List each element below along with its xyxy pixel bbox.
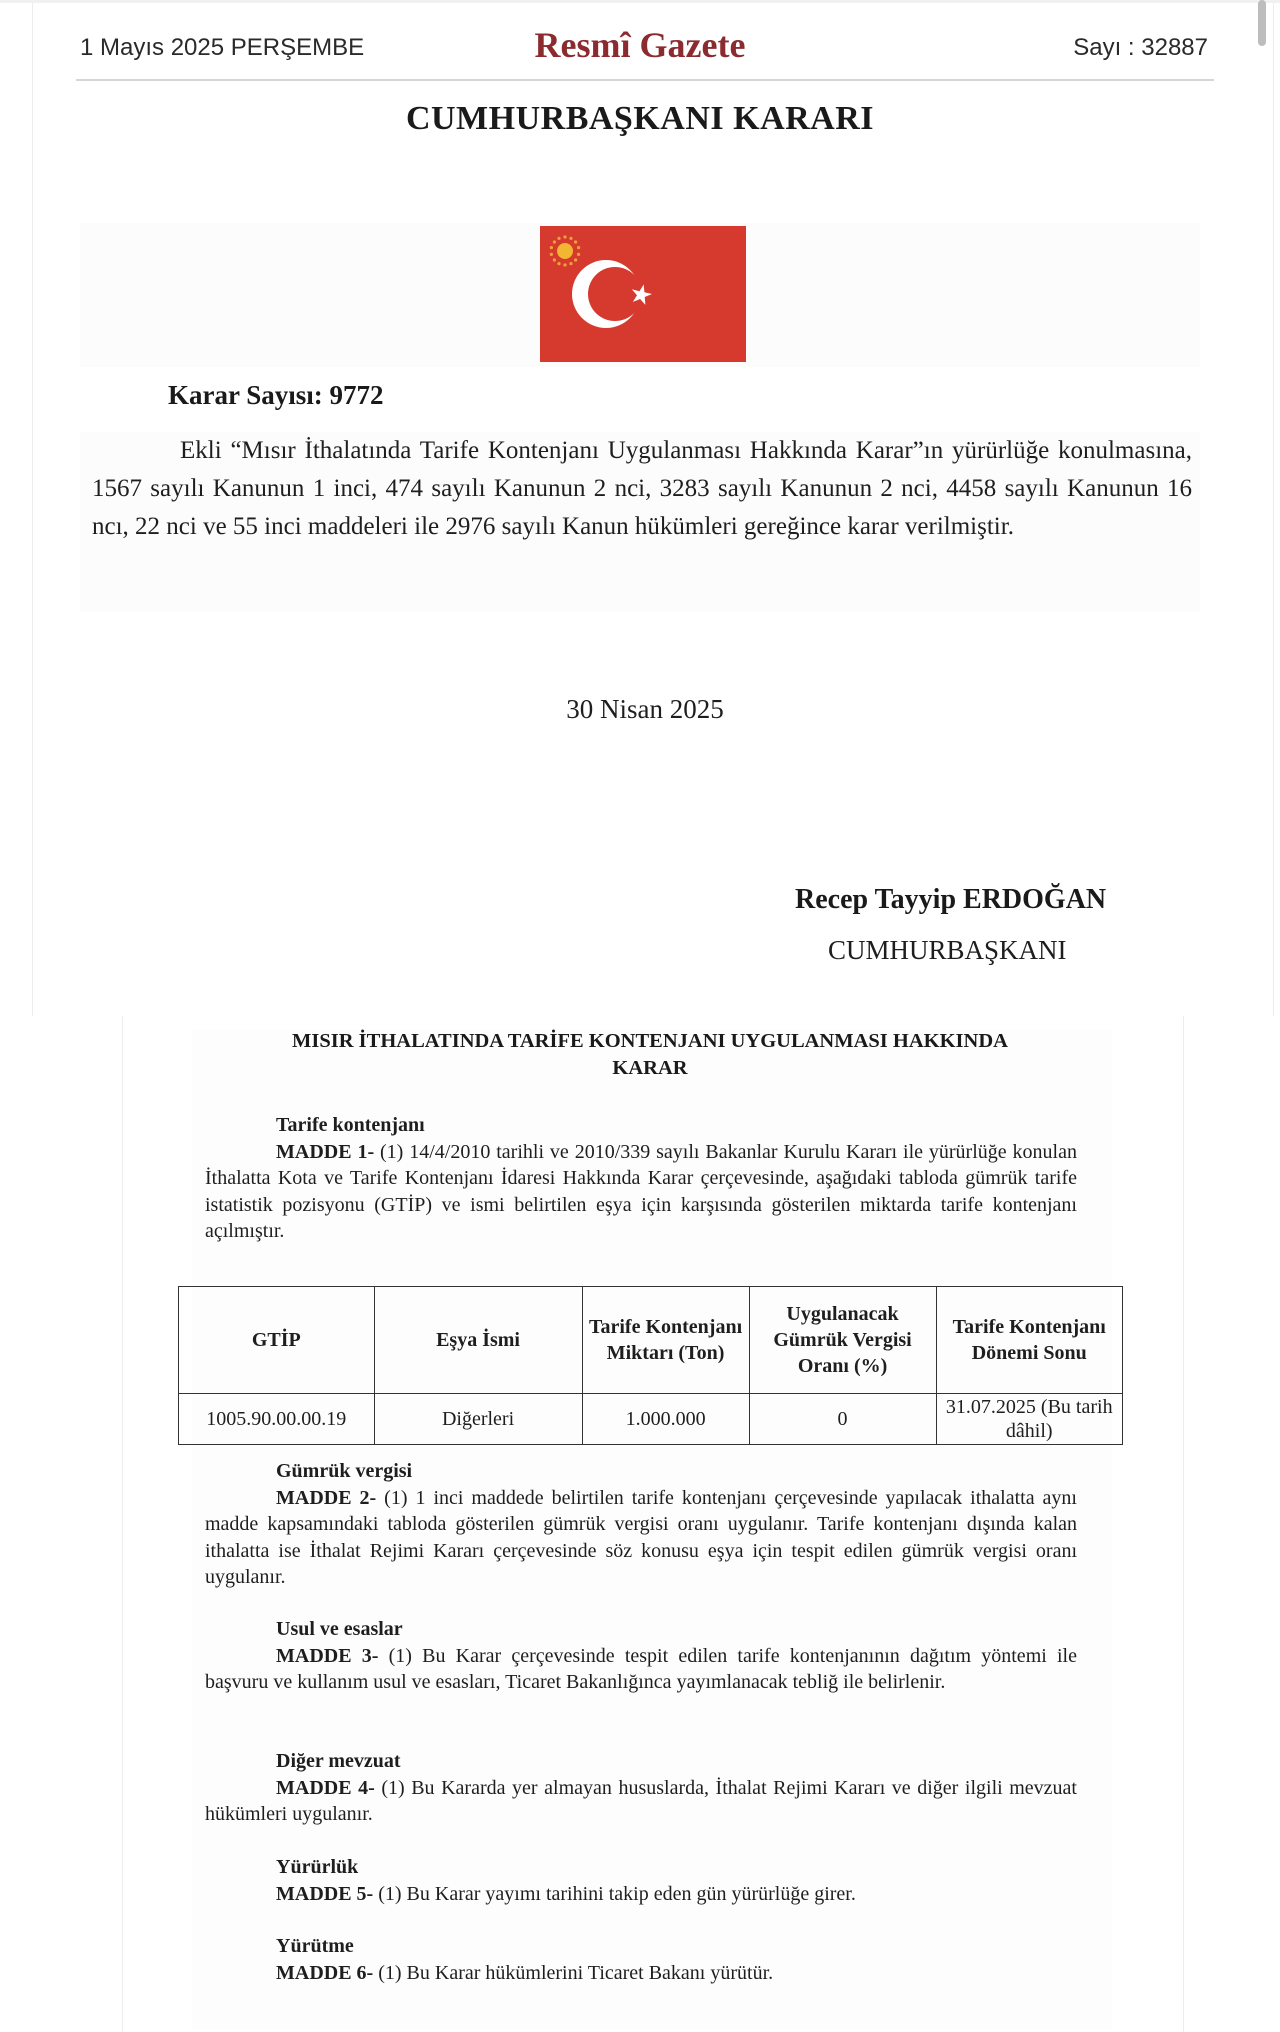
column-header: Tarife Kontenjanı Dönemi Sonu (936, 1287, 1122, 1394)
article-2: Gümrük vergisi MADDE 2- (1) 1 inci madde… (205, 1458, 1077, 1591)
annex-title-line-1: MISIR İTHALATINDA TARİFE KONTENJANI UYGU… (200, 1028, 1100, 1055)
decree-number: Karar Sayısı: 9772 (168, 380, 384, 411)
article-3: Usul ve esaslar MADDE 3- (1) Bu Karar çe… (205, 1616, 1077, 1696)
article-4: Diğer mevzuat MADDE 4- (1) Bu Kararda ye… (205, 1748, 1077, 1828)
annex-title: MISIR İTHALATINDA TARİFE KONTENJANI UYGU… (200, 1028, 1100, 1082)
article-body: MADDE 3- (1) Bu Karar çerçevesinde tespi… (205, 1643, 1077, 1696)
column-header: Tarife Kontenjanı Miktarı (Ton) (582, 1287, 749, 1394)
column-header: GTİP (179, 1287, 375, 1394)
article-text: (1) Bu Karar yayımı tarihini takip eden … (373, 1883, 856, 1905)
article-heading: Gümrük vergisi (205, 1458, 1077, 1485)
cell-duty-rate: 0 (749, 1394, 936, 1445)
issue-number: Sayı : 32887 (1073, 34, 1208, 62)
article-label: MADDE 1- (276, 1141, 374, 1163)
column-header: Uygulanacak Gümrük Vergisi Oranı (%) (749, 1287, 936, 1394)
article-heading: Usul ve esaslar (205, 1616, 1077, 1643)
article-label: MADDE 4- (276, 1777, 375, 1799)
column-header: Eşya İsmi (374, 1287, 582, 1394)
table-header-row: GTİP Eşya İsmi Tarife Kontenjanı Miktarı… (179, 1287, 1123, 1394)
table-row: 1005.90.00.00.19 Diğerleri 1.000.000 0 3… (179, 1394, 1123, 1445)
document-type-heading: CUMHURBAŞKANI KARARI (0, 100, 1280, 138)
article-body: MADDE 1- (1) 14/4/2010 tarihli ve 2010/3… (205, 1139, 1077, 1245)
article-label: MADDE 3- (276, 1645, 378, 1667)
article-body: MADDE 2- (1) 1 inci maddede belirtilen t… (205, 1485, 1077, 1591)
article-body: MADDE 6- (1) Bu Karar hükümlerini Ticare… (205, 1960, 1077, 1987)
signer-name: Recep Tayyip ERDOĞAN (795, 884, 1106, 916)
article-heading: Diğer mevzuat (205, 1748, 1077, 1775)
decree-preamble: Ekli “Mısır İthalatında Tarife Kontenjan… (92, 432, 1192, 546)
article-text: (1) Bu Karar hükümlerini Ticaret Bakanı … (373, 1962, 773, 1984)
article-heading: Yürürlük (205, 1854, 1077, 1881)
cell-period-end: 31.07.2025 (Bu tarih dâhil) (936, 1394, 1122, 1445)
cell-quota-amount: 1.000.000 (582, 1394, 749, 1445)
header-divider (76, 79, 1214, 81)
article-body: MADDE 5- (1) Bu Karar yayımı tarihini ta… (205, 1881, 1077, 1908)
signature-date: 30 Nisan 2025 (0, 694, 1280, 725)
annex-title-line-2: KARAR (200, 1055, 1100, 1082)
presidential-flag-icon (540, 226, 746, 362)
article-label: MADDE 6- (276, 1962, 373, 1984)
article-label: MADDE 2- (276, 1487, 376, 1509)
signer-title: CUMHURBAŞKANI (828, 935, 1067, 966)
article-5: Yürürlük MADDE 5- (1) Bu Karar yayımı ta… (205, 1854, 1077, 1907)
cell-gtip: 1005.90.00.00.19 (179, 1394, 375, 1445)
article-body: MADDE 4- (1) Bu Kararda yer almayan husu… (205, 1775, 1077, 1828)
cell-item-name: Diğerleri (374, 1394, 582, 1445)
article-label: MADDE 5- (276, 1883, 373, 1905)
article-1: Tarife kontenjanı MADDE 1- (1) 14/4/2010… (205, 1112, 1077, 1245)
tariff-quota-table: GTİP Eşya İsmi Tarife Kontenjanı Miktarı… (178, 1286, 1123, 1445)
article-heading: Yürütme (205, 1933, 1077, 1960)
article-heading: Tarife kontenjanı (205, 1112, 1077, 1139)
vertical-scrollbar[interactable] (1258, 0, 1266, 46)
article-6: Yürütme MADDE 6- (1) Bu Karar hükümlerin… (205, 1933, 1077, 1986)
